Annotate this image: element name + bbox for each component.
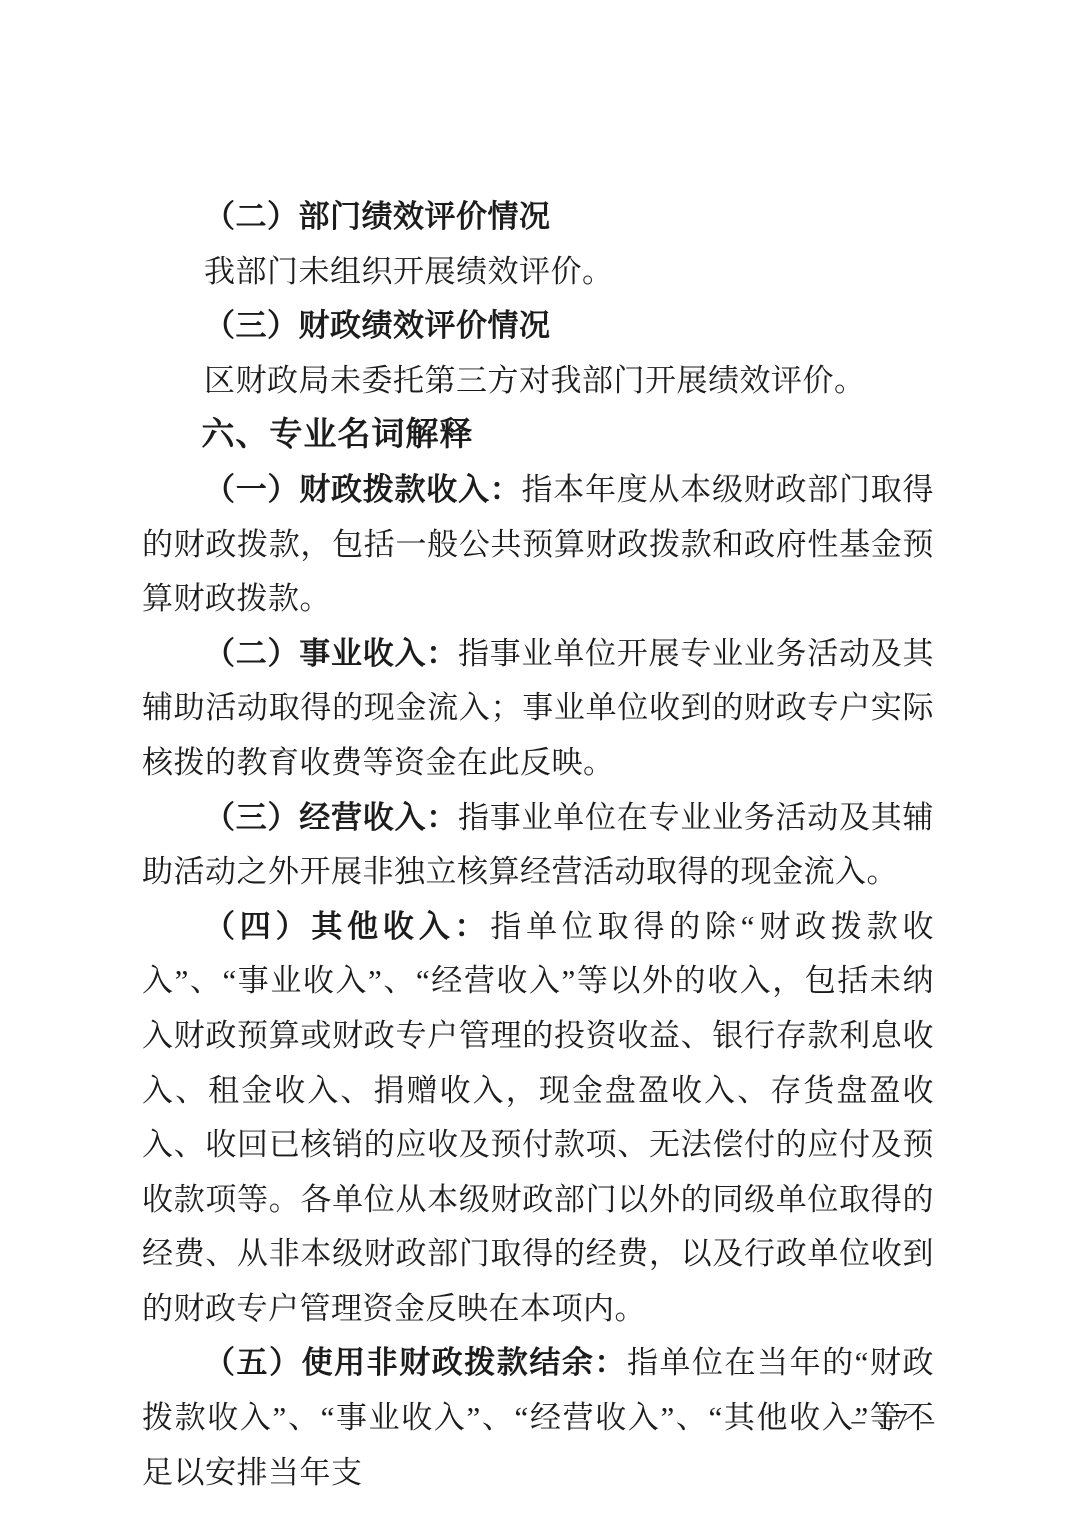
page-number: – 17 – (852, 1405, 938, 1436)
term-label: （三）经营收入： (204, 800, 458, 835)
term-paragraph-fiscal-appropriation-income: （一）财政拨款收入：指本年度从本级财政部门取得的财政拨款，包括一般公共预算财政拨… (142, 463, 934, 627)
term-label: （二）事业收入： (204, 636, 458, 671)
section-heading-glossary: 六、专业名词解释 (142, 408, 934, 463)
term-label: （五）使用非财政拨款结余： (204, 1345, 627, 1380)
term-label: （四）其他收入： (204, 909, 490, 944)
term-paragraph-operating-income: （二）事业收入：指事业单位开展专业业务活动及其辅助活动取得的现金流入；事业单位收… (142, 627, 934, 791)
term-definition: 指单位取得的除“财政拨款收入”、“事业收入”、“经营收入”等以外的收入，包括未纳… (142, 909, 934, 1326)
document-body: （二）部门绩效评价情况 我部门未组织开展绩效评价。 （三）财政绩效评价情况 区财… (142, 190, 934, 1500)
term-paragraph-other-income: （四）其他收入：指单位取得的除“财政拨款收入”、“事业收入”、“经营收入”等以外… (142, 900, 934, 1337)
paragraph-dept-evaluation: 我部门未组织开展绩效评价。 (142, 245, 934, 300)
document-page: （二）部门绩效评价情况 我部门未组织开展绩效评价。 （三）财政绩效评价情况 区财… (0, 0, 1076, 1519)
term-paragraph-business-income: （三）经营收入：指事业单位在专业业务活动及其辅助活动之外开展非独立核算经营活动取… (142, 791, 934, 900)
subsection-heading-dept-evaluation: （二）部门绩效评价情况 (142, 190, 934, 245)
subsection-heading-fiscal-evaluation: （三）财政绩效评价情况 (142, 299, 934, 354)
term-label: （一）财政拨款收入： (204, 472, 522, 507)
paragraph-fiscal-evaluation: 区财政局未委托第三方对我部门开展绩效评价。 (142, 354, 934, 409)
term-paragraph-non-fiscal-surplus: （五）使用非财政拨款结余：指单位在当年的“财政拨款收入”、“事业收入”、“经营收… (142, 1336, 934, 1500)
